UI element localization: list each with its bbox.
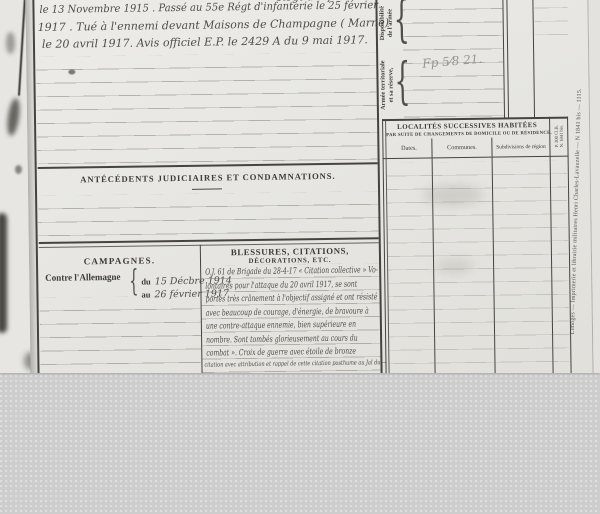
localites-table: LOCALITÉS SUCCESSIVES HABITÉES PAR SUITE…: [382, 117, 572, 373]
handwriting-note-line3: le 20 avril 1917. Avis officiel E.P. le …: [42, 33, 368, 51]
campagnes-brace: {: [129, 267, 139, 297]
citation-line: lontaires pour l'attaque du 20 avril 191…: [205, 279, 357, 291]
image-viewer-canvas: Régt d'infa le 13 Novembre 1915 . Passé …: [0, 0, 600, 514]
campagnes-title: CAMPAGNES.: [39, 255, 200, 267]
ruled-lines-area: [38, 191, 379, 242]
col-header-subdivisions: Subdivisions de région: [492, 144, 549, 151]
handwriting-note-line1: le 13 Novembre 1915 . Passé au 55e Régt …: [39, 0, 378, 16]
header-bottom-border: [383, 155, 569, 159]
ink-dot: [68, 69, 75, 74]
disponibilite-label-l1: Disponibilité: [378, 0, 386, 51]
ink-smudge: [15, 165, 22, 174]
armee-territoriale-label-l1: Armée territoriale: [379, 54, 387, 116]
citation-line: une contre-attaque ennemie, bien supérie…: [206, 320, 356, 332]
citation-line: combat ». Croix de guerre avec étoile de…: [206, 347, 356, 359]
ruled-lines-area: [36, 52, 378, 168]
binding-shadow-streak: [0, 213, 7, 333]
ink-smudge: [5, 97, 21, 136]
campagnes-entry-label: Contre l'Allemagne: [45, 273, 120, 284]
ink-smudge: [6, 32, 15, 54]
col-header-dates: Dates.: [386, 144, 431, 152]
citation-line: nombre. Sont tombés glorieusement au cou…: [206, 333, 358, 345]
matricule-sheet: Régt d'infa le 13 Novembre 1915 . Passé …: [25, 0, 600, 373]
printer-imprint: Limoges — Imprimerie et librairie milita…: [569, 51, 588, 371]
col-header-communes: Communes.: [432, 144, 491, 152]
antecedents-title: ANTÉCÉDENTS JUDICIAIRES ET CONDAMNATIONS…: [38, 170, 378, 185]
side-reference-note: P. 200 Cl.B. N. 1841 bis.: [553, 119, 564, 153]
ruled-lines-area: [534, 0, 568, 39]
document-scan: Régt d'infa le 13 Novembre 1915 . Passé …: [0, 0, 600, 373]
ruled-lines-area: [40, 296, 202, 373]
title-underline: [192, 188, 222, 189]
localites-subtitle: PAR SUITE DE CHANGEMENTS DE DOMICILE OU …: [386, 130, 548, 137]
handwriting-note-line2: 1917 . Tué à l'ennemi devant Maisons de …: [38, 16, 389, 34]
column-line: [506, 0, 509, 117]
side-reference-l2: N. 1841 bis.: [558, 119, 564, 153]
localites-title: LOCALITÉS SUCCESSIVES HABITÉES: [386, 121, 548, 131]
